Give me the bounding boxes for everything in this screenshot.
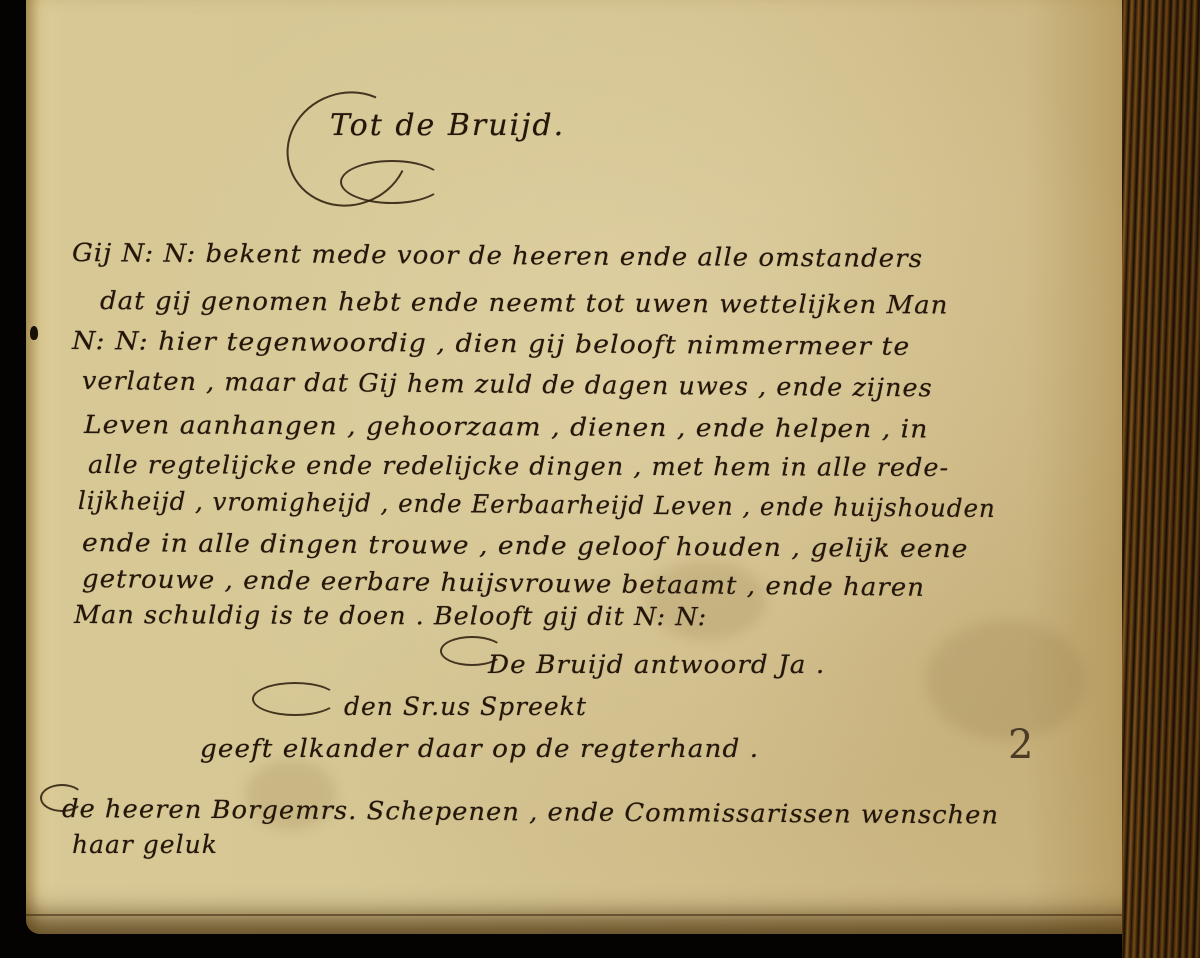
document-title: Tot de Bruijd. <box>330 108 565 143</box>
paper-stain <box>926 620 1086 740</box>
text-line-6: alle regtelijcke ende redelijcke dingen … <box>88 450 949 482</box>
book-binding <box>1122 0 1200 958</box>
bride-response: De Bruijd antwoord Ja . <box>488 650 825 679</box>
closing-line-2: haar geluk <box>72 830 218 859</box>
document-scan: Tot de Bruijd. Gij N: N: bekent mede voo… <box>0 0 1200 958</box>
text-line-10: Man schuldig is te doen . Belooft gij di… <box>74 600 707 631</box>
text-line-3: N: N: hier tegenwoordig , dien gij beloo… <box>72 326 911 361</box>
text-line-8: ende in alle dingen trouwe , ende geloof… <box>82 528 969 563</box>
text-line-2: dat gij genomen hebt ende neemt tot uwen… <box>100 286 949 319</box>
folio-number: 2 <box>1008 722 1033 768</box>
text-line-1: Gij N: N: bekent mede voor de heeren end… <box>72 238 923 273</box>
title-flourish-lower <box>340 160 444 204</box>
ink-blot <box>30 326 38 340</box>
instruction-right-hand: geeft elkander daar op de regterhand . <box>200 734 759 763</box>
text-line-5: Leven aanhangen , gehoorzaam , dienen , … <box>84 410 929 443</box>
instruction-flourish <box>252 682 338 716</box>
instruction-speaks: den Sr.us Spreekt <box>344 692 587 721</box>
